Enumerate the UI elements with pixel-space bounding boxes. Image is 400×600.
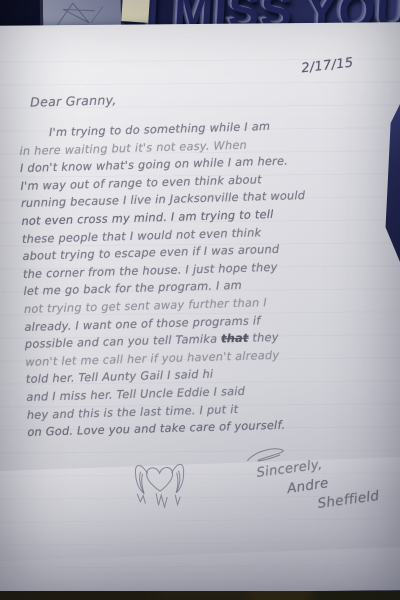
letter-photo: I MISS YOU 2/17/15 Dear Granny, I'm tryi… — [0, 0, 400, 600]
letter-content: 2/17/15 Dear Granny, I'm trying to do so… — [0, 18, 400, 598]
signature-last-name: Sheffield — [317, 488, 381, 512]
signature-first-name: Andre — [286, 475, 330, 497]
winged-heart-doodle — [130, 450, 190, 516]
letter-body: I'm trying to do something while I amin … — [19, 117, 312, 442]
bottom-yellow-strip — [0, 591, 400, 600]
letter-paper: 2/17/15 Dear Granny, I'm trying to do so… — [0, 22, 400, 594]
sticky-note — [121, 0, 150, 23]
letter-date: 2/17/15 — [301, 55, 355, 76]
letter-salutation: Dear Granny, — [30, 92, 117, 109]
